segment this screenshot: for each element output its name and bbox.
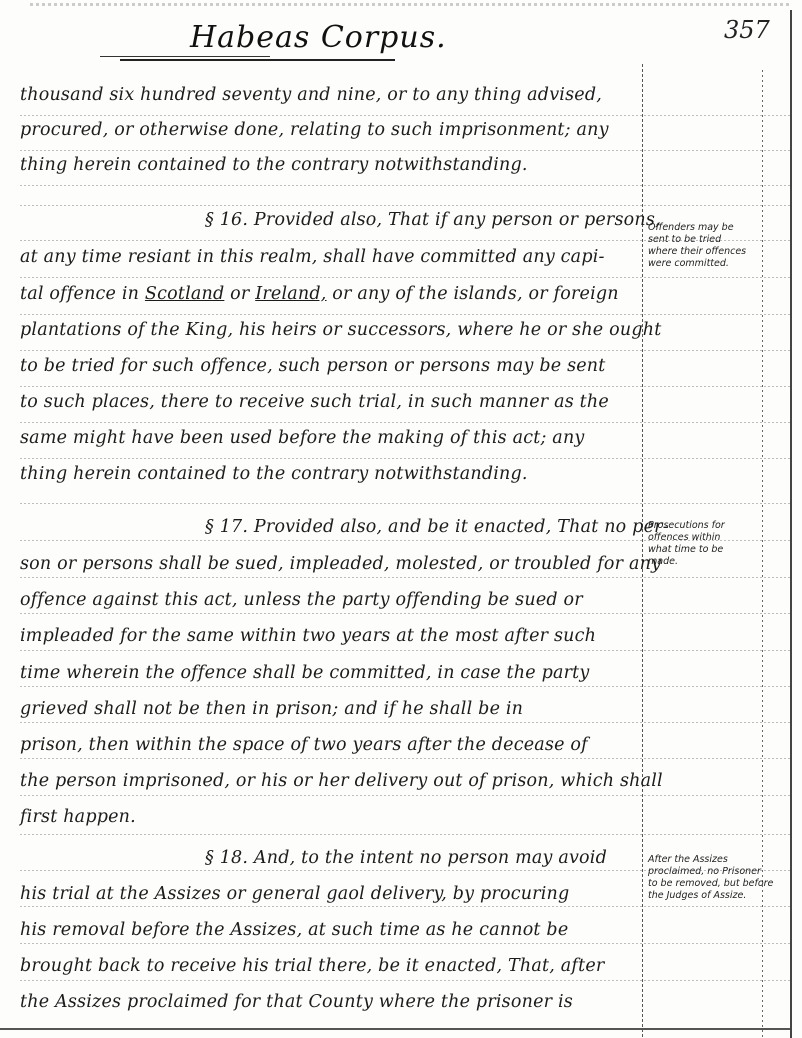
text-line: son or persons shall be sued, impleaded,… <box>20 554 635 574</box>
text-line: offence against this act, unless the par… <box>20 590 635 610</box>
place-scotland: Scotland <box>145 284 224 304</box>
ruled-line <box>20 906 790 907</box>
ruled-line <box>20 205 790 206</box>
margin-note-line: proclaimed, no Prisoner <box>648 866 766 878</box>
text-line: thing herein contained to the contrary n… <box>20 155 635 175</box>
margin-note-line: Prosecutions for <box>648 520 766 532</box>
ruled-line <box>20 980 790 981</box>
text-line: time wherein the offence shall be commit… <box>20 663 635 683</box>
margin-note-line: what time to be <box>648 544 766 556</box>
margin-note-line: the Judges of Assize. <box>648 890 766 902</box>
ruled-line <box>20 943 790 944</box>
place-ireland: Ireland, <box>255 284 326 304</box>
text-line: the person imprisoned, or his or her del… <box>20 771 635 791</box>
text-line: same might have been used before the mak… <box>20 428 635 448</box>
page-number: 357 <box>724 16 770 44</box>
section-17-heading-line: § 17. Provided also, and be it enacted, … <box>205 517 635 537</box>
ruled-line <box>20 150 790 151</box>
page-title: Habeas Corpus. <box>190 20 447 55</box>
ruled-line <box>20 503 790 504</box>
text-line: prison, then within the space of two yea… <box>20 735 635 755</box>
ruled-line <box>20 613 790 614</box>
ruled-line <box>20 386 790 387</box>
text-line: grieved shall not be then in prison; and… <box>20 699 635 719</box>
ruled-line <box>20 314 790 315</box>
text-line: brought back to receive his trial there,… <box>20 956 635 976</box>
section-16-heading-line: § 16. Provided also, That if any person … <box>205 210 635 230</box>
margin-note-section-17: Prosecutions for offences within what ti… <box>648 520 766 568</box>
page-top-edge <box>30 3 790 6</box>
text-line: thing herein contained to the contrary n… <box>20 464 635 484</box>
text-line: his trial at the Assizes or general gaol… <box>20 884 635 904</box>
ruled-line <box>20 834 790 835</box>
text-line: plantations of the King, his heirs or su… <box>20 320 635 340</box>
text-line: at any time resiant in this realm, shall… <box>20 247 635 267</box>
text-line: first happen. <box>20 807 635 827</box>
ruled-line <box>20 350 790 351</box>
page-bottom-edge <box>0 1028 790 1030</box>
text-line: tal offence in Scotland or Ireland, or a… <box>20 284 635 304</box>
text-fragment: or any of the islands, or foreign <box>332 284 618 304</box>
margin-note-section-16: Offenders may be sent to be tried where … <box>648 222 766 270</box>
title-underline <box>100 56 270 57</box>
page-right-border <box>790 10 792 1038</box>
manuscript-page: Habeas Corpus. 357 thousand six hundred … <box>0 0 802 1038</box>
ruled-line <box>20 277 790 278</box>
section-18-heading-line: § 18. And, to the intent no person may a… <box>205 848 635 868</box>
ruled-line <box>20 422 790 423</box>
ruled-line <box>20 185 790 186</box>
margin-note-line: After the Assizes <box>648 854 766 866</box>
text-line: impleaded for the same within two years … <box>20 626 635 646</box>
ruled-line <box>20 795 790 796</box>
text-fragment: or <box>230 284 249 304</box>
ruled-line <box>20 686 790 687</box>
ruled-line <box>20 722 790 723</box>
text-line: his removal before the Assizes, at such … <box>20 920 635 940</box>
margin-note-line: made. <box>648 556 766 568</box>
margin-note-line: where their offences <box>648 246 766 258</box>
ruled-line <box>20 650 790 651</box>
ruled-line <box>20 458 790 459</box>
text-line: thousand six hundred seventy and nine, o… <box>20 85 635 105</box>
margin-note-line: to be removed, but before <box>648 878 766 890</box>
margin-note-line: sent to be tried <box>648 234 766 246</box>
ruled-line <box>20 577 790 578</box>
margin-note-section-18: After the Assizes proclaimed, no Prisone… <box>648 854 766 902</box>
text-fragment: tal offence in <box>20 284 139 304</box>
ruled-line <box>20 115 790 116</box>
text-line: to such places, there to receive such tr… <box>20 392 635 412</box>
title-double-underline <box>120 59 395 61</box>
ruled-line <box>20 758 790 759</box>
margin-note-line: offences within <box>648 532 766 544</box>
margin-note-line: Offenders may be <box>648 222 766 234</box>
text-line: the Assizes proclaimed for that County w… <box>20 992 635 1012</box>
text-line: to be tried for such offence, such perso… <box>20 356 635 376</box>
margin-note-line: were committed. <box>648 258 766 270</box>
text-line: procured, or otherwise done, relating to… <box>20 120 635 140</box>
